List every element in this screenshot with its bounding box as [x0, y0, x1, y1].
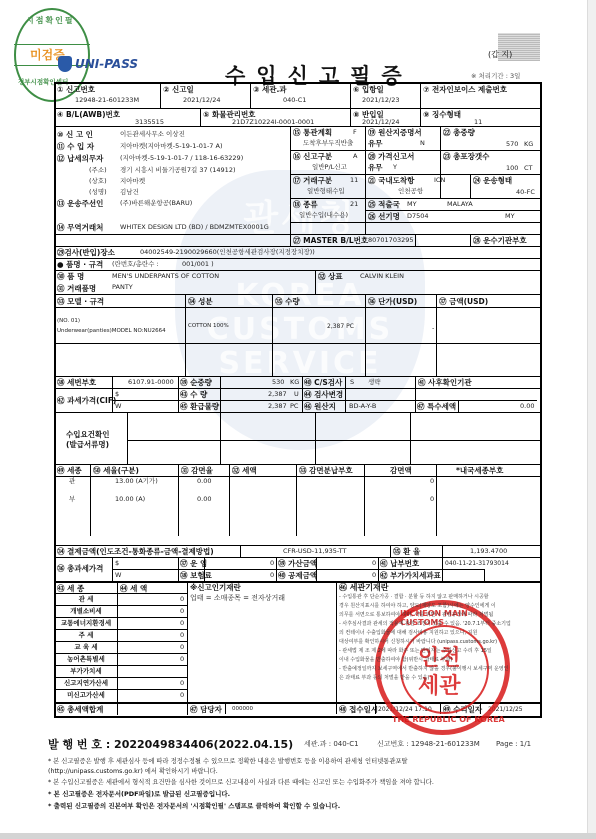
taxable-value-label: ㊷ 과세가격(CIF)	[57, 396, 116, 405]
origin-cert-sub: 유무	[368, 139, 383, 148]
stamp-text: THE REPUBLIC OF KOREA	[392, 715, 505, 724]
total-packages-value: 100	[506, 164, 518, 173]
declaration-no-value: 12948-21-601233M	[75, 96, 139, 105]
requirement-label: 수입요건확인	[66, 430, 109, 439]
company-label: (상호)	[89, 177, 107, 186]
trade-type-value: 일반형태수입	[307, 187, 345, 196]
added-amount-value: 0	[372, 559, 376, 568]
issue-office: 세관.과 : 040-C1	[304, 740, 359, 749]
customs-notes-label: ㊻ 세관기재란	[339, 583, 388, 592]
address-label: (주소)	[89, 166, 107, 175]
taxable-krw-prefix: W	[115, 402, 121, 411]
declarant-notes-label: ※신고인기재란	[190, 583, 241, 592]
item-header-value: 001/001 )	[182, 260, 214, 269]
officer-label: ㊼ 담당자	[190, 705, 222, 714]
col-reduction-rate: ㉛ 감면율	[181, 466, 213, 475]
summary-tax-type: 주 세	[57, 631, 115, 640]
stamp-text: 세관	[418, 669, 461, 700]
arrival-port-code: ICN	[434, 176, 445, 185]
tariff-quantity-value: 2,387	[268, 390, 287, 399]
arrival-port-label: ㉑ 국내도착항	[368, 176, 414, 185]
customs-shield-icon	[58, 56, 72, 72]
decl-type-label: ⑯ 신고구분	[293, 152, 332, 161]
total-taxable-label: ㊱ 총과세가격	[57, 564, 103, 573]
item-header-label: ● 품명 · 규격	[57, 260, 103, 269]
declaration-date-value: 2021/12/24	[183, 96, 220, 105]
deduction-value: 0	[372, 571, 376, 580]
customs-note-line: 은 과태료 부과 등의 처벌을 받을 수 있음)	[339, 675, 429, 682]
kind-label: ⑱ 종류	[293, 200, 318, 209]
footer-note: * 출력된 신고필증의 진본여부 확인은 전자문서의 '시점확인필' 스탬프로 …	[48, 801, 340, 810]
vessel-value: MY	[505, 212, 515, 221]
loading-country-label: ㉕ 적출국	[368, 200, 400, 209]
insurance-value: 0	[270, 571, 274, 580]
model-line2: Underwear(panties)MODEL NO:NU2664	[57, 327, 166, 336]
address-value: 경기 시흥시 비둘기공원7길 37 (14912)	[120, 166, 236, 175]
page-indicator: Page : 1/1	[496, 740, 531, 749]
issue-decl-no: 신고번호 : 12948-21-601233M	[377, 740, 480, 749]
trade-name-label: ㉛ 거래품명	[57, 284, 96, 293]
freight-label: ㊲ 운 임	[180, 559, 207, 568]
col-quantity: ㉟ 수량	[275, 297, 300, 306]
name-value: 김남건	[120, 188, 139, 197]
payment-no-label: ㊶ 납부번호	[380, 559, 419, 568]
inspection-change-label: ㊹ 검사변경	[304, 390, 343, 399]
amount-value: -	[432, 324, 434, 333]
declarant-notes-value: 업태 = 소매종목 = 전자상거래	[190, 594, 285, 603]
settlement-value: CFR-USD-11,935-TT	[283, 547, 346, 556]
price-decl-sub: 유무	[368, 163, 383, 172]
summary-tax-type: 교 육 세	[57, 643, 115, 652]
total-weight-value: 570	[506, 140, 518, 149]
summary-tax-amount: 0	[180, 619, 184, 628]
tax-row-type: 부	[69, 495, 75, 504]
collection-type-label: ⑨ 징수형태	[423, 110, 461, 119]
arrival-date-value: 2021/12/23	[362, 96, 399, 105]
refund-qty-label: ㊺ 환급물량	[180, 402, 219, 411]
net-weight-value: 530	[272, 378, 284, 387]
freight-value: 0	[270, 559, 274, 568]
forwarder-label: ⑬ 운송주선인	[57, 199, 103, 208]
summary-tax-type: 교통에너지환경세	[57, 619, 115, 628]
footer-note: (http://unipass.customs.go.kr) 에서 확인하시기 …	[48, 766, 218, 775]
quantity-value: 2,387 PC	[327, 322, 354, 331]
transport-type-label: ㉔ 운송형태	[473, 176, 512, 185]
special-tax-label: ㊼ 특수세액	[417, 402, 456, 411]
vessel-label: ㉖ 선기명	[368, 212, 400, 221]
price-decl-label: ⑳ 가격신고서	[368, 152, 414, 161]
summary-tax-amount: 0	[180, 631, 184, 640]
kind-code: 21	[350, 200, 358, 209]
summary-tax-type: 신고지연가산세	[57, 679, 115, 688]
model-line1: (NO. 01)	[57, 317, 80, 326]
deduction-label: ㊵ 공제금액	[278, 571, 317, 580]
received-at-label: ㊽ 접수일시	[339, 705, 378, 714]
cs-inspection-value: 생략	[368, 378, 381, 387]
trader-label: ⑭ 무역거래처	[57, 223, 103, 232]
clearance-plan-value: 도착후부두직반출	[303, 139, 353, 148]
decl-type-value: 일반P/L신고	[312, 163, 347, 172]
bl-no-value: 3135515	[135, 118, 164, 127]
clearance-plan-label: ⑮ 통관계획	[293, 128, 332, 137]
bottom-edge	[0, 833, 596, 839]
origin-label: ㊻ 원산지	[304, 402, 336, 411]
customs-note-line: - 반출예정일까지 보세구역에서 반출하지 않을 경우(불이행시 보세구역 운영…	[339, 666, 508, 673]
taxpayer-value: (지아마켓-5-19-1-01-7 / 118-16-63229)	[120, 154, 243, 163]
settlement-label: ㉞ 결제금액(인도조건-통화종류-금액-결제방법)	[57, 547, 214, 556]
hs-code-label: ㊳ 세번부호	[57, 378, 96, 387]
officer-value: 000000	[232, 705, 253, 714]
summary-tax-amount: 0	[180, 655, 184, 664]
tax-row-type: 관	[69, 477, 75, 486]
summary-tax-type: 개별소비세	[57, 607, 115, 616]
tax-row-reduction: 0.00	[197, 495, 211, 504]
einvoice-label: ⑦ 전자인보이스 제출번호	[423, 85, 507, 94]
added-amount-label: ㊴ 가산금액	[278, 559, 317, 568]
tariff-quantity-unit: U	[294, 390, 299, 399]
col-unit-price: ㊱ 단가(USD)	[368, 297, 417, 306]
brand-label: ㉜ 상표	[318, 272, 343, 281]
summary-tax-amount: 0	[180, 595, 184, 604]
cs-inspection-label: ㊵ C/S검사	[304, 378, 342, 387]
customs-note-line: - 사후심사결과 관세의 적용에 관한 조정이 있을 수 있음. '20.7.1…	[339, 621, 511, 628]
net-weight-unit: KG	[290, 378, 299, 387]
copy-label: (갑 지)	[488, 50, 512, 59]
payment-no-value: 040-11-21-31793014	[445, 559, 509, 568]
decl-type-code: A	[353, 152, 357, 161]
summary-tax-amount: 0	[180, 679, 184, 688]
total-weight-label: ㉒ 총중량	[443, 128, 475, 137]
carrier-code-label: ㉘ 운수기관부호	[473, 236, 527, 245]
trade-name-value: PANTY	[112, 283, 133, 292]
brand-value: CALVIN KLEIN	[360, 272, 404, 281]
unipass-logo: UNI-PASS	[75, 57, 138, 71]
post-confirm-label: ㊶ 사후확인기관	[418, 378, 472, 387]
col-summary-amount: ㊹ 세 액	[120, 584, 147, 593]
component-value: COTTON 100%	[188, 322, 229, 331]
footer-note: * 본 신고필증은 전자문서(PDF파일)로 발급된 신고필증입니다.	[48, 789, 230, 798]
vertical-scrollbar[interactable]	[587, 0, 596, 839]
col-tax-rate: ㊿ 세율(구분)	[93, 466, 139, 475]
tax-row-reduction: 0.00	[197, 477, 211, 486]
taxable-usd-prefix: $	[115, 390, 119, 399]
col-reduced-amount: 감면액	[390, 466, 412, 475]
customs-office-label: ③ 세관.과	[253, 85, 287, 94]
company-value: 지아마켓	[120, 177, 145, 186]
footer-note: * 본 수입신고필증은 세관에서 형식적 요건만을 심사한 것이므로 신고내용이…	[48, 777, 434, 786]
origin-value: BD-A-Y-B	[349, 402, 376, 411]
total-tax-label: ㊺ 총세액합계	[57, 705, 103, 714]
trade-type-label: ⑰ 거래구분	[293, 176, 332, 185]
declaration-no-label: ① 신고번호	[57, 85, 95, 94]
taxpayer-label: ⑫ 납세의무자	[57, 154, 103, 163]
customs-note-line: - 수입통관 후 단순가공 · 결합 · 분할 등 하지 않고 판매하거나 시공…	[339, 594, 489, 601]
product-name-value: MEN'S UNDERPANTS OF COTTON	[112, 272, 219, 281]
footer-note: * 본 신고필증은 발행 후 세관심사 등에 따라 정정수정될 수 있으므로 정…	[48, 756, 408, 765]
total-taxable-krw: W	[115, 571, 121, 580]
tariff-quantity-label: ㊸ 수 량	[180, 390, 207, 399]
processing-period: ※ 처리기간 : 3일	[471, 72, 520, 81]
tax-row-rate: 10.00 (A)	[115, 495, 145, 504]
col-summary-type: ㊸ 세 종	[57, 584, 84, 593]
summary-tax-type: 농어촌특별세	[57, 655, 115, 664]
total-weight-unit: KG	[524, 140, 533, 149]
net-weight-label: ㊴ 순중량	[180, 378, 212, 387]
name-label: (성명)	[89, 188, 107, 197]
summary-tax-amount: 0	[180, 607, 184, 616]
price-decl-value: Y	[393, 163, 397, 172]
master-bl-value: 80701703295	[368, 236, 414, 245]
forwarder-value: (주)바른해운항공(BARU)	[120, 199, 192, 208]
summary-tax-amount: 0	[180, 691, 184, 700]
hs-code-value: 6107.91-0000	[128, 378, 174, 387]
col-installment-code: ㉝ 감면분납부호	[299, 466, 353, 475]
refund-qty-unit: PC	[290, 402, 298, 411]
requirement-sub-label: (발급서류명)	[66, 440, 109, 449]
tax-row-amount: 0	[430, 495, 434, 504]
vat-exempt-label: ㊷ 부가가치세과표	[380, 571, 441, 580]
arrival-date-label: ⑥ 입항일	[353, 85, 384, 94]
vessel-code: D7504	[407, 212, 429, 221]
product-name-label: ㉚ 품 명	[57, 272, 84, 281]
declaration-date-label: ② 신고일	[163, 85, 194, 94]
summary-tax-amount: 0	[180, 643, 184, 652]
loading-country-value: MALAYA	[447, 200, 473, 209]
loading-country-code: MY	[407, 200, 417, 209]
customs-note-line: 의 컨테이너 수출입화물에 대해 검사비용 지원하고 있으니, 지원	[339, 630, 477, 637]
summary-tax-type: 부가가치세	[57, 667, 115, 676]
cs-inspection-code: S	[350, 378, 354, 387]
summary-tax-type: 관 세	[57, 595, 115, 604]
origin-cert-label: ⑲ 원산지증명서	[368, 128, 422, 137]
customs-office-value: 040-C1	[283, 96, 306, 105]
col-tax-type: ㊾ 세종	[57, 466, 82, 475]
refund-qty-value: 2,387	[268, 402, 287, 411]
customs-note-line: 대상여부를 확인하시어 신청하시기 바랍니다 (unipass.customs.…	[339, 639, 497, 646]
declarant-label: ⑩ 신 고 인	[57, 130, 93, 139]
cargo-mgmt-no-value: 21D7Z10224I-0001-0001	[232, 118, 314, 127]
col-domestic-code: *내국세종부호	[456, 466, 503, 475]
inspection-place-label: ㉙검사(반입)장소	[57, 248, 115, 257]
col-amount: ㊲ 금액(USD)	[439, 297, 488, 306]
arrival-port-value: 인천공항	[398, 187, 423, 196]
summary-tax-type: 미신고가산세	[57, 691, 115, 700]
seal-top-text: 시점확인필	[26, 16, 75, 25]
customs-note-line: 경우 원산지표시를 하여야 하고, 양도(재양도 포함)시에는 양수인에게 이	[339, 603, 496, 610]
customs-note-line: 이내 수입화물을 반출하여야 함(위반시 과태료 부과)	[339, 657, 452, 664]
customs-note-line: - 관세법 제 조 제 2에 따라 화주 또는 반입자는 수입신고 수리 후 1…	[339, 648, 492, 655]
declarant-value: 이든관세사무소 이상진	[120, 130, 185, 139]
total-packages-unit: CT	[524, 164, 533, 173]
importer-label: ⑪ 수 입 자	[57, 142, 94, 151]
trade-type-code: 11	[350, 176, 358, 185]
total-taxable-usd: $	[115, 559, 119, 568]
customs-note-line: 의무를 서면으로 통보하여야 하며, 이를 위반시 관련규정에 따라 처벌됨	[339, 612, 493, 619]
tax-row-rate: 13.00 (A기가)	[115, 477, 158, 486]
clearance-plan-code: F	[353, 128, 357, 137]
insurance-label: ㊳ 보험료	[180, 571, 212, 580]
exchange-rate-label: ㉟ 환 율	[393, 547, 420, 556]
master-bl-label: ㉗ MASTER B/L번호	[293, 236, 368, 245]
issue-number: 발 행 번 호 : 2022049834406(2022.04.15)	[48, 738, 293, 751]
bl-no-label: ④ B/L(AWB)번호	[57, 110, 120, 119]
col-tax-amount: ㉜ 세액	[232, 466, 257, 475]
col-model: ㉝ 모델 · 규격	[57, 297, 104, 306]
exchange-rate-value: 1,193.4700	[470, 547, 507, 556]
kind-value: 일반수입(내수용)	[299, 211, 348, 220]
trader-value: WHITEX DESIGN LTD (BD) / BDMZMTEX0001G	[120, 223, 269, 232]
collection-type-value: 11	[474, 118, 482, 127]
special-tax-value: 0.00	[520, 402, 534, 411]
carry-in-date-value: 2021/12/24	[362, 118, 399, 127]
inspection-place-value: 04002549-2190029660(인천공항세관검사장(지정장치장))	[140, 248, 315, 257]
origin-cert-value: N	[420, 139, 425, 148]
importer-value: 지아마켓(지아마켓-5-19-1-01-7 A)	[120, 142, 223, 151]
transport-type-value: 40-FC	[516, 188, 535, 197]
tax-row-amount: 0	[430, 477, 434, 486]
total-packages-label: ㉓ 총포장갯수	[443, 152, 489, 161]
item-header-sub: (란번호/총란수 :	[112, 260, 159, 269]
col-component: ㉞ 성분	[188, 297, 213, 306]
document-page: 관세청 KOREA CUSTOMS SERVICE 시점확인필 미검증 정부시점…	[0, 0, 588, 833]
